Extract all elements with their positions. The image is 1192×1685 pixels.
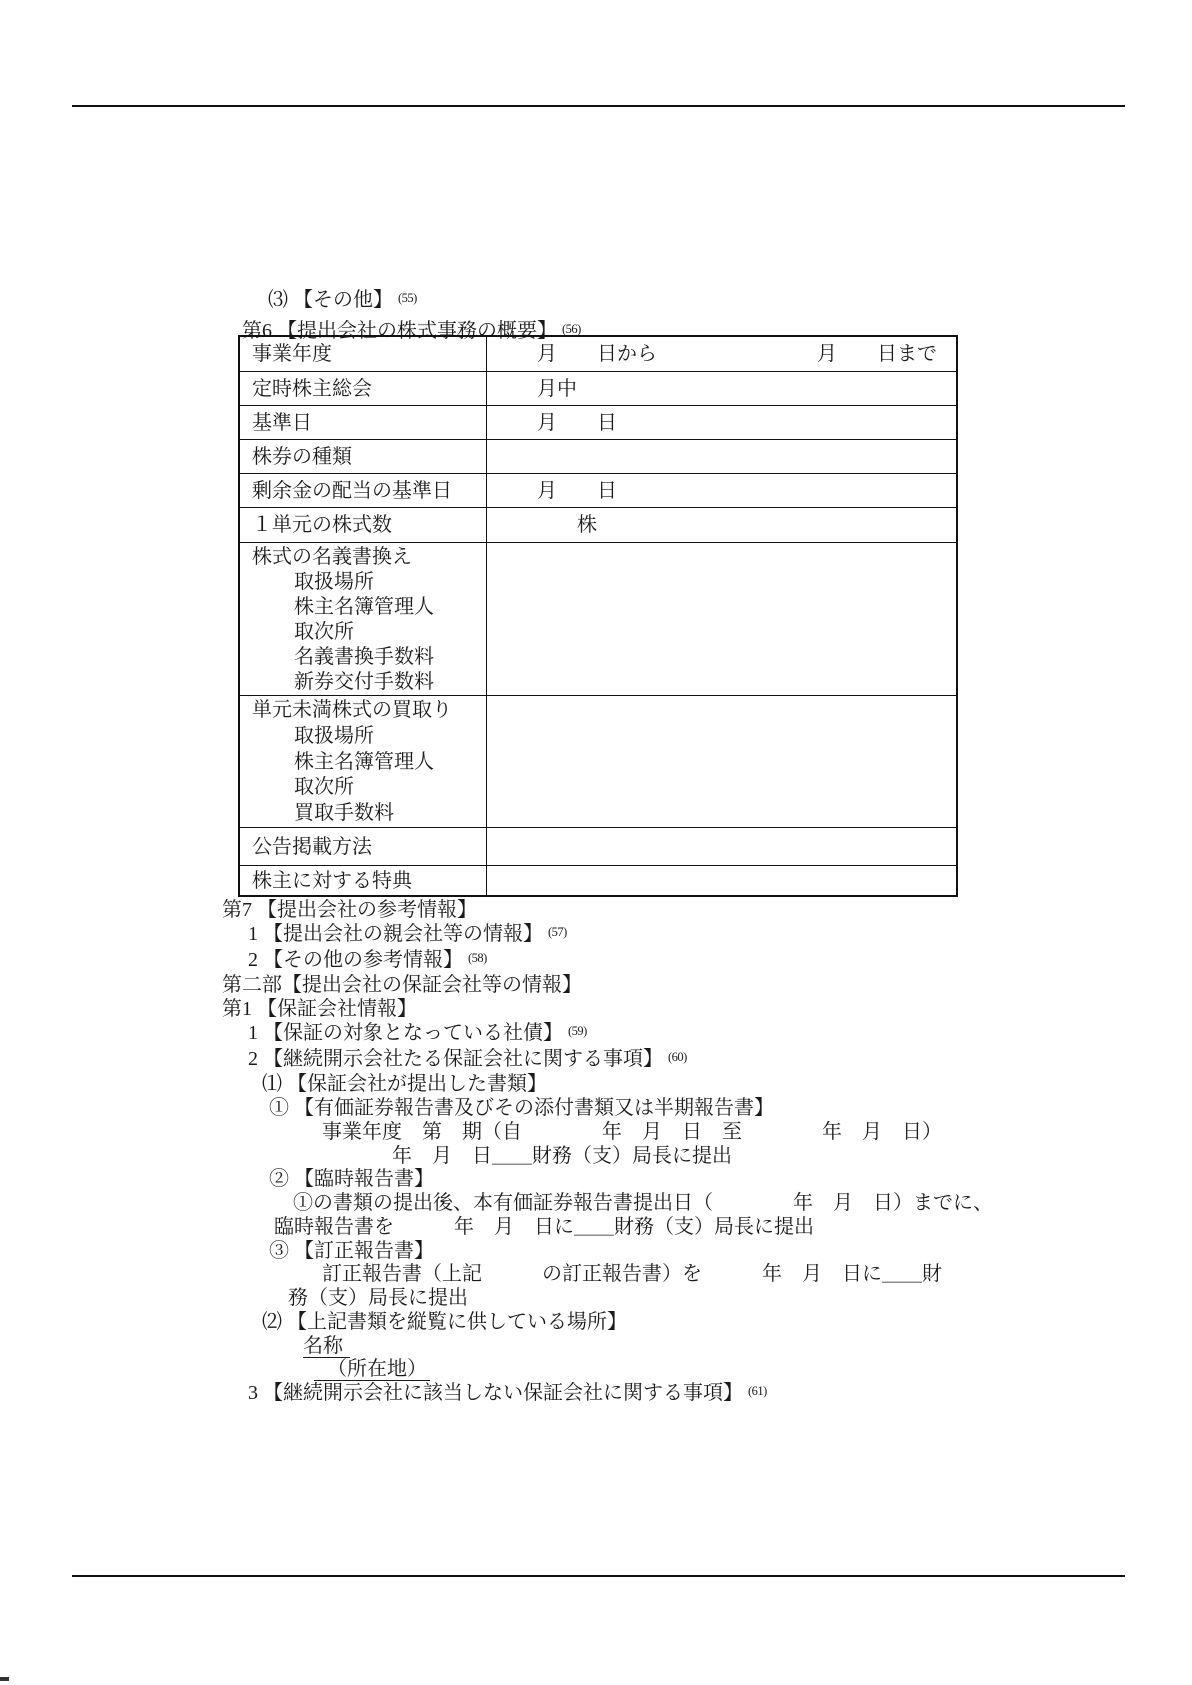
row-value-cell: 月 日 <box>486 406 956 439</box>
row-sublabel: 株主名簿管理人 <box>252 595 486 620</box>
scan-artifact <box>0 1677 9 1681</box>
row-label-cell: 基準日 <box>240 406 486 439</box>
line-text: 名称 <box>303 1336 350 1358</box>
row-sublabel: 新券交付手数料 <box>252 670 486 695</box>
body-line: 3 【継続開示会社に該当しない保証会社に関する事項】(61) <box>0 1382 1192 1408</box>
line-text: 2 【その他の参考情報】 <box>248 949 463 971</box>
body-line: 第1 【保証会社情報】 <box>0 998 1192 1022</box>
row-sublabel: 取扱場所 <box>252 570 486 595</box>
line-text: 1 【提出会社の親会社等の情報】 <box>248 923 543 945</box>
row-label-cell: １単元の株式数 <box>240 508 486 542</box>
row-label-cell: 公告掲載方法 <box>240 828 486 865</box>
line-text: （所在地） <box>314 1359 430 1381</box>
line-text: 臨時報告書を 年 月 日に＿＿財務（支）局長に提出 <box>274 1216 814 1238</box>
body-line: ① 【有価証券報告書及びその添付書類又は半期報告書】 <box>0 1097 1192 1121</box>
row-label: 単元未満株式の買取り <box>252 698 486 724</box>
row-sublabel: 取扱場所 <box>252 724 486 750</box>
row-label-cell: 単元未満株式の買取り取扱場所株主名簿管理人取次所買取手数料 <box>240 696 486 827</box>
page-top-rule <box>72 105 1125 107</box>
row-sublabel: 名義書換手数料 <box>252 645 486 670</box>
row-label: 株券の種類 <box>252 440 486 474</box>
line-text: 第二部【提出会社の保証会社等の情報】 <box>222 974 582 996</box>
table-row: 基準日月 日 <box>240 405 956 439</box>
document-body-lines: 第7 【提出会社の参考情報】1 【提出会社の親会社等の情報】(57)2 【その他… <box>0 899 1192 1408</box>
row-value-cell: 株 <box>486 508 956 542</box>
line-text: 第1 【保証会社情報】 <box>222 998 417 1020</box>
row-label-cell: 剰余金の配当の基準日 <box>240 474 486 507</box>
body-line: 訂正報告書（上記 の訂正報告書）を 年 月 日に＿＿財 <box>0 1263 1192 1287</box>
body-line: ①の書類の提出後、本有価証券報告書提出日（ 年 月 日）までに、 <box>0 1192 1192 1216</box>
footnote-ref: (60) <box>668 1050 687 1064</box>
row-value-cell <box>486 866 956 895</box>
row-sublabel: 株主名簿管理人 <box>252 750 486 776</box>
row-sublabel: 取次所 <box>252 620 486 645</box>
body-line: （所在地） <box>0 1358 1192 1382</box>
row-label: 基準日 <box>252 406 486 440</box>
line-text: ⑵ 【上記書類を縦覧に供している場所】 <box>262 1311 627 1333</box>
body-line: ② 【臨時報告書】 <box>0 1168 1192 1192</box>
footnote-ref: (59) <box>568 1024 587 1038</box>
row-sublabel: 取次所 <box>252 775 486 801</box>
row-label: 定時株主総会 <box>252 372 486 406</box>
body-line: 名称 <box>0 1335 1192 1359</box>
line-text: ①の書類の提出後、本有価証券報告書提出日（ 年 月 日）までに、 <box>293 1192 993 1214</box>
body-line: 事業年度 第 期（自 年 月 日 至 年 月 日） <box>0 1121 1192 1145</box>
line-text: 3 【継続開示会社に該当しない保証会社に関する事項】 <box>248 1382 743 1404</box>
share-administration-table: 事業年度月 日から 月 日まで定時株主総会月中基準日月 日株券の種類剰余金の配当… <box>238 335 958 897</box>
line-text: ① 【有価証券報告書及びその添付書類又は半期報告書】 <box>269 1097 774 1119</box>
line-text: ③ 【訂正報告書】 <box>269 1240 434 1262</box>
line-text: 年 月 日＿＿財務（支）局長に提出 <box>392 1145 732 1167</box>
footnote-ref: (57) <box>548 925 567 939</box>
row-value-cell <box>486 696 956 827</box>
table-row: 単元未満株式の買取り取扱場所株主名簿管理人取次所買取手数料 <box>240 695 956 827</box>
document-page: ⑶ 【その他】(55) 第6 【提出会社の株式事務の概要】(56) 事業年度月 … <box>0 0 1192 1685</box>
row-label: 株主に対する特典 <box>252 866 486 896</box>
row-value-cell <box>486 828 956 865</box>
body-line: 第二部【提出会社の保証会社等の情報】 <box>0 974 1192 998</box>
table-row: 株主に対する特典 <box>240 865 956 895</box>
row-value-cell: 月中 <box>486 372 956 405</box>
line-text: 2 【継続開示会社たる保証会社に関する事項】 <box>248 1048 663 1070</box>
row-label: 株式の名義書換え <box>252 545 486 570</box>
footnote-ref: (58) <box>468 951 487 965</box>
table-row: 剰余金の配当の基準日月 日 <box>240 473 956 507</box>
table-row: 事業年度月 日から 月 日まで <box>240 337 956 371</box>
page-bottom-rule <box>72 1575 1125 1577</box>
row-value-cell <box>486 543 956 695</box>
body-line: ⑵ 【上記書類を縦覧に供している場所】 <box>0 1311 1192 1335</box>
line-text: ⑴ 【保証会社が提出した書類】 <box>262 1073 547 1095</box>
line-text: 第7 【提出会社の参考情報】 <box>222 899 477 921</box>
line-text: 事業年度 第 期（自 年 月 日 至 年 月 日） <box>322 1121 942 1143</box>
line-text: 1 【保証の対象となっている社債】 <box>248 1022 563 1044</box>
table-row: 公告掲載方法 <box>240 827 956 865</box>
footnote-ref: (56) <box>562 322 581 336</box>
body-line: ③ 【訂正報告書】 <box>0 1240 1192 1264</box>
row-value-cell <box>486 440 956 473</box>
table-row: 株式の名義書換え取扱場所株主名簿管理人取次所名義書換手数料新券交付手数料 <box>240 542 956 695</box>
body-line: 1 【保証の対象となっている社債】(59) <box>0 1022 1192 1048</box>
body-line: 年 月 日＿＿財務（支）局長に提出 <box>0 1145 1192 1169</box>
body-line: 2 【継続開示会社たる保証会社に関する事項】(60) <box>0 1048 1192 1074</box>
body-line: 臨時報告書を 年 月 日に＿＿財務（支）局長に提出 <box>0 1216 1192 1240</box>
row-sublabel: 買取手数料 <box>252 801 486 827</box>
row-label-cell: 定時株主総会 <box>240 372 486 405</box>
row-label-cell: 株券の種類 <box>240 440 486 473</box>
line-text: 務（支）局長に提出 <box>288 1287 468 1309</box>
table-row: 株券の種類 <box>240 439 956 473</box>
body-line: 第7 【提出会社の参考情報】 <box>0 899 1192 923</box>
table-row: 定時株主総会月中 <box>240 371 956 405</box>
row-label: １単元の株式数 <box>252 508 486 543</box>
body-line: 務（支）局長に提出 <box>0 1287 1192 1311</box>
row-label: 剰余金の配当の基準日 <box>252 474 486 508</box>
row-label: 公告掲載方法 <box>252 828 486 866</box>
row-value-cell: 月 日 <box>486 474 956 507</box>
body-line: ⑴ 【保証会社が提出した書類】 <box>0 1073 1192 1097</box>
table-row: １単元の株式数 株 <box>240 507 956 542</box>
row-label-cell: 株主に対する特典 <box>240 866 486 895</box>
row-label-cell: 事業年度 <box>240 337 486 371</box>
body-line: 1 【提出会社の親会社等の情報】(57) <box>0 923 1192 949</box>
row-label-cell: 株式の名義書換え取扱場所株主名簿管理人取次所名義書換手数料新券交付手数料 <box>240 543 486 695</box>
footnote-ref: (61) <box>748 1384 767 1398</box>
body-line: 2 【その他の参考情報】(58) <box>0 949 1192 975</box>
line-text: ② 【臨時報告書】 <box>269 1168 434 1190</box>
row-value-cell: 月 日から 月 日まで <box>486 337 956 371</box>
row-label: 事業年度 <box>252 337 486 371</box>
line-text: 訂正報告書（上記 の訂正報告書）を 年 月 日に＿＿財 <box>322 1263 942 1285</box>
